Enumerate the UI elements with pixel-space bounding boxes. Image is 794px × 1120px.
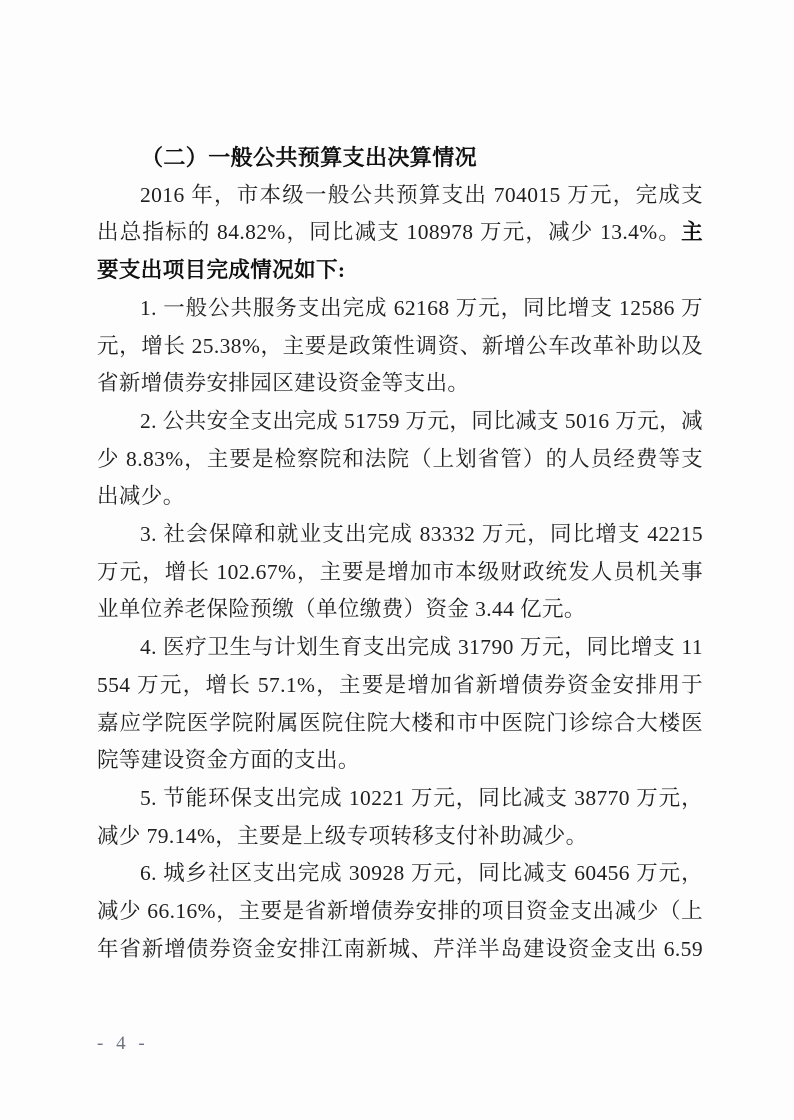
expenditure-item-5: 5. 节能环保支出完成 10221 万元，同比减支 38770 万元，减少 79… — [97, 780, 703, 855]
expenditure-item-4: 4. 医疗卫生与计划生育支出完成 31790 万元，同比增支 11554 万元，… — [97, 629, 703, 780]
expenditure-item-6: 6. 城乡社区支出完成 30928 万元，同比减支 60456 万元，减少 66… — [97, 855, 703, 968]
document-body: （二）一般公共预算支出决算情况 2016 年，市本级一般公共预算支出 70401… — [97, 139, 703, 968]
expenditure-item-1: 1. 一般公共服务支出完成 62168 万元，同比增支 12586 万元，增长 … — [97, 290, 703, 403]
intro-paragraph: 2016 年，市本级一般公共预算支出 704015 万元，完成支出总指标的 84… — [97, 177, 703, 290]
document-page: （二）一般公共预算支出决算情况 2016 年，市本级一般公共预算支出 70401… — [0, 0, 794, 1120]
page-number: - 4 - — [97, 1031, 149, 1057]
intro-text: 2016 年，市本级一般公共预算支出 704015 万元，完成支出总指标的 84… — [97, 183, 703, 245]
expenditure-item-3: 3. 社会保障和就业支出完成 83332 万元，同比增支 42215 万元，增长… — [97, 516, 703, 629]
expenditure-item-2: 2. 公共安全支出完成 51759 万元，同比减支 5016 万元，减少 8.8… — [97, 403, 703, 516]
section-heading: （二）一般公共预算支出决算情况 — [97, 139, 703, 177]
